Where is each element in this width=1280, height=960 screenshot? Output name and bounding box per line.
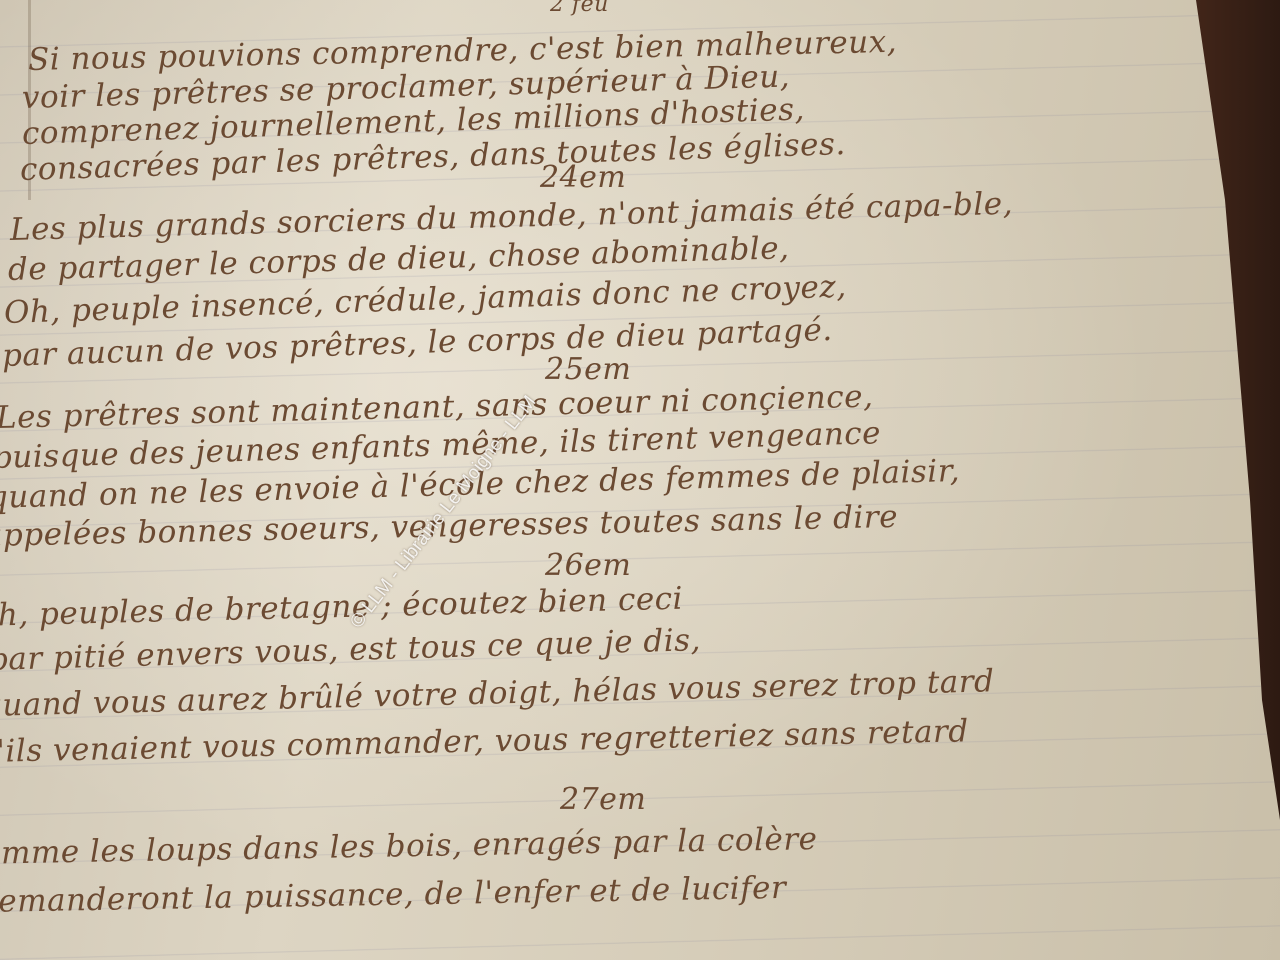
stanza-number: 24em — [540, 160, 626, 195]
stanza-number: 25em — [545, 352, 631, 387]
manuscript-page: 2 feu Si nous pouvions comprendre, c'est… — [0, 0, 1280, 960]
top-fragment: 2 feu — [550, 0, 609, 17]
stanza-number: 27em — [560, 782, 646, 817]
stanza-number: 26em — [545, 548, 631, 583]
